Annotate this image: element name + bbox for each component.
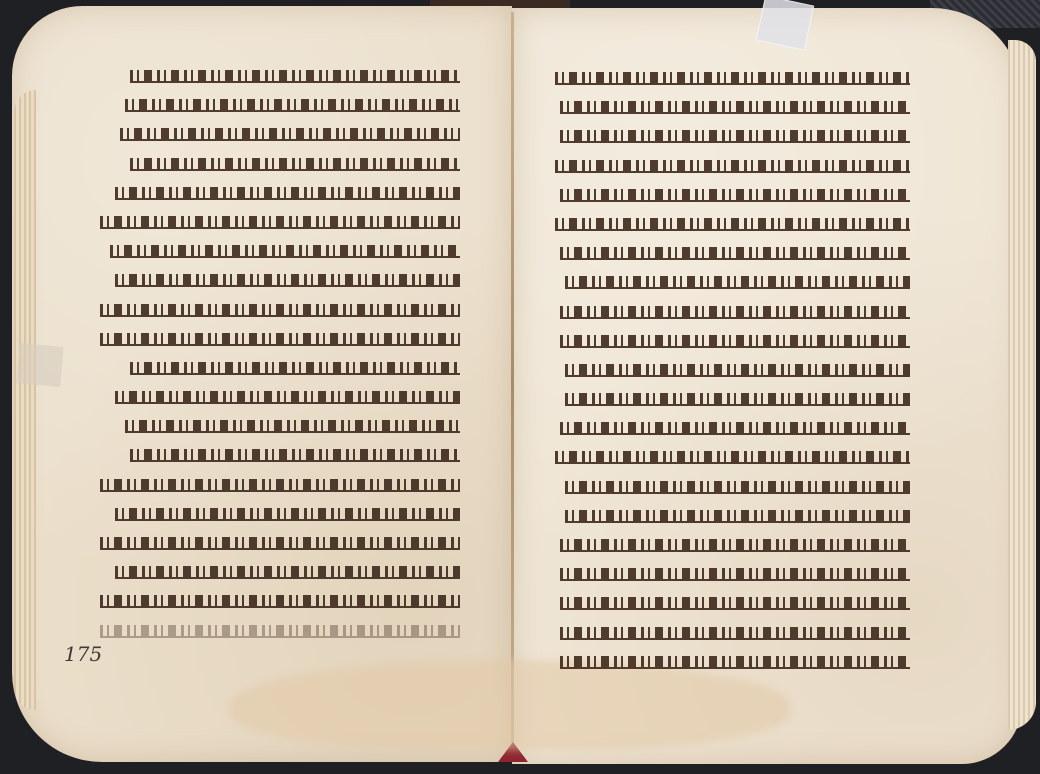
syriac-text-stroke <box>100 216 460 229</box>
syriac-text-stroke <box>120 128 460 141</box>
script-line <box>550 529 910 558</box>
tape-strip-left <box>16 343 63 387</box>
syriac-text-stroke <box>100 479 460 492</box>
syriac-text-stroke <box>115 274 460 287</box>
syriac-text-stroke <box>565 393 910 406</box>
script-line <box>550 471 910 500</box>
script-line <box>550 208 910 237</box>
script-line <box>100 439 460 468</box>
script-line <box>100 60 460 89</box>
syriac-text-stroke <box>560 130 910 143</box>
manuscript-photo: 175 <box>0 0 1040 774</box>
script-line <box>100 410 460 439</box>
script-line <box>100 148 460 177</box>
script-line <box>100 469 460 498</box>
script-line <box>550 266 910 295</box>
script-line <box>550 325 910 354</box>
script-line <box>100 294 460 323</box>
script-line <box>100 89 460 118</box>
syriac-text-stroke <box>560 189 910 202</box>
syriac-text-stroke <box>130 449 460 462</box>
syriac-text-stroke <box>130 362 460 375</box>
syriac-text-stroke <box>555 160 910 173</box>
script-line <box>550 296 910 325</box>
script-line <box>100 498 460 527</box>
syriac-text-stroke <box>560 597 910 610</box>
syriac-text-stroke <box>125 420 460 433</box>
script-line <box>100 235 460 264</box>
gutter-fold <box>511 12 514 754</box>
script-line <box>550 617 910 646</box>
script-line <box>550 558 910 587</box>
script-line <box>100 585 460 614</box>
right-page-edges <box>1008 40 1036 730</box>
script-line <box>550 646 910 675</box>
left-page-text <box>100 60 460 644</box>
syriac-text-stroke <box>125 99 460 112</box>
script-line <box>100 177 460 206</box>
syriac-text-stroke <box>100 625 460 638</box>
syriac-text-stroke <box>130 158 460 171</box>
script-line <box>550 120 910 149</box>
script-line <box>550 383 910 412</box>
script-line <box>550 441 910 470</box>
syriac-text-stroke <box>555 72 910 85</box>
syriac-text-stroke <box>115 508 460 521</box>
script-line <box>550 587 910 616</box>
syriac-text-stroke <box>560 539 910 552</box>
script-line <box>550 237 910 266</box>
syriac-text-stroke <box>115 391 460 404</box>
script-line <box>100 352 460 381</box>
syriac-text-stroke <box>565 510 910 523</box>
syriac-text-stroke <box>100 333 460 346</box>
right-page-text <box>550 62 910 675</box>
script-line <box>100 118 460 147</box>
script-line <box>100 206 460 235</box>
script-line <box>100 527 460 556</box>
script-line <box>550 62 910 91</box>
syriac-text-stroke <box>560 306 910 319</box>
syriac-text-stroke <box>560 335 910 348</box>
script-line <box>550 150 910 179</box>
syriac-text-stroke <box>560 656 910 669</box>
syriac-text-stroke <box>565 364 910 377</box>
script-line <box>100 615 460 644</box>
syriac-text-stroke <box>560 627 910 640</box>
syriac-text-stroke <box>565 481 910 494</box>
syriac-text-stroke <box>100 537 460 550</box>
syriac-text-stroke <box>560 568 910 581</box>
syriac-text-stroke <box>555 218 910 231</box>
syriac-text-stroke <box>100 595 460 608</box>
syriac-text-stroke <box>130 70 460 83</box>
script-line <box>550 91 910 120</box>
syriac-text-stroke <box>560 422 910 435</box>
syriac-text-stroke <box>565 276 910 289</box>
syriac-text-stroke <box>555 451 910 464</box>
script-line <box>550 500 910 529</box>
syriac-text-stroke <box>100 304 460 317</box>
script-line <box>550 354 910 383</box>
left-page-edges <box>14 90 36 710</box>
syriac-text-stroke <box>560 247 910 260</box>
script-line <box>100 323 460 352</box>
syriac-text-stroke <box>560 101 910 114</box>
script-line <box>550 412 910 441</box>
folio-number: 175 <box>64 642 102 666</box>
script-line <box>100 381 460 410</box>
script-line <box>100 556 460 585</box>
syriac-text-stroke <box>115 187 460 200</box>
syriac-text-stroke <box>110 245 460 258</box>
script-line <box>100 264 460 293</box>
script-line <box>550 179 910 208</box>
syriac-text-stroke <box>115 566 460 579</box>
